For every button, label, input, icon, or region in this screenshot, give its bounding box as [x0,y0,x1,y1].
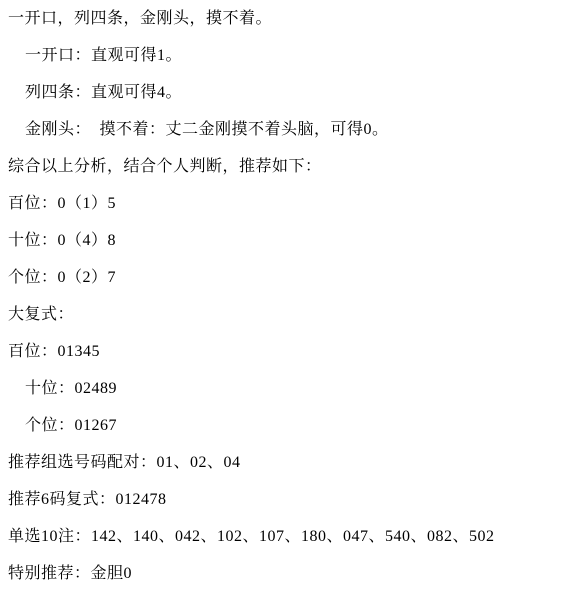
text-line-6: 百位：0（1）5 [8,185,567,222]
text-line-5: 综合以上分析，结合个人判断，推荐如下： [8,148,567,185]
text-line-4: 金刚头： 摸不着：丈二金刚摸不着头脑，可得0。 [8,111,567,148]
text-line-3: 列四条：直观可得4。 [8,74,567,111]
text-line-16: 特别推荐：金胆0 [8,555,567,592]
text-line-14: 推荐6码复式：012478 [8,481,567,518]
text-line-1: 一开口，列四条，金刚头，摸不着。 [8,0,567,37]
text-line-7: 十位：0（4）8 [8,222,567,259]
text-line-8: 个位：0（2）7 [8,259,567,296]
text-line-10: 百位：01345 [8,333,567,370]
text-line-2: 一开口：直观可得1。 [8,37,567,74]
text-line-15: 单选10注：142、140、042、102、107、180、047、540、08… [8,518,567,555]
text-line-12: 个位：01267 [8,407,567,444]
text-line-13: 推荐组选号码配对：01、02、04 [8,444,567,481]
text-line-9: 大复式： [8,296,567,333]
text-line-11: 十位：02489 [8,370,567,407]
document-body: 一开口，列四条，金刚头，摸不着。一开口：直观可得1。列四条：直观可得4。金刚头：… [0,0,575,593]
